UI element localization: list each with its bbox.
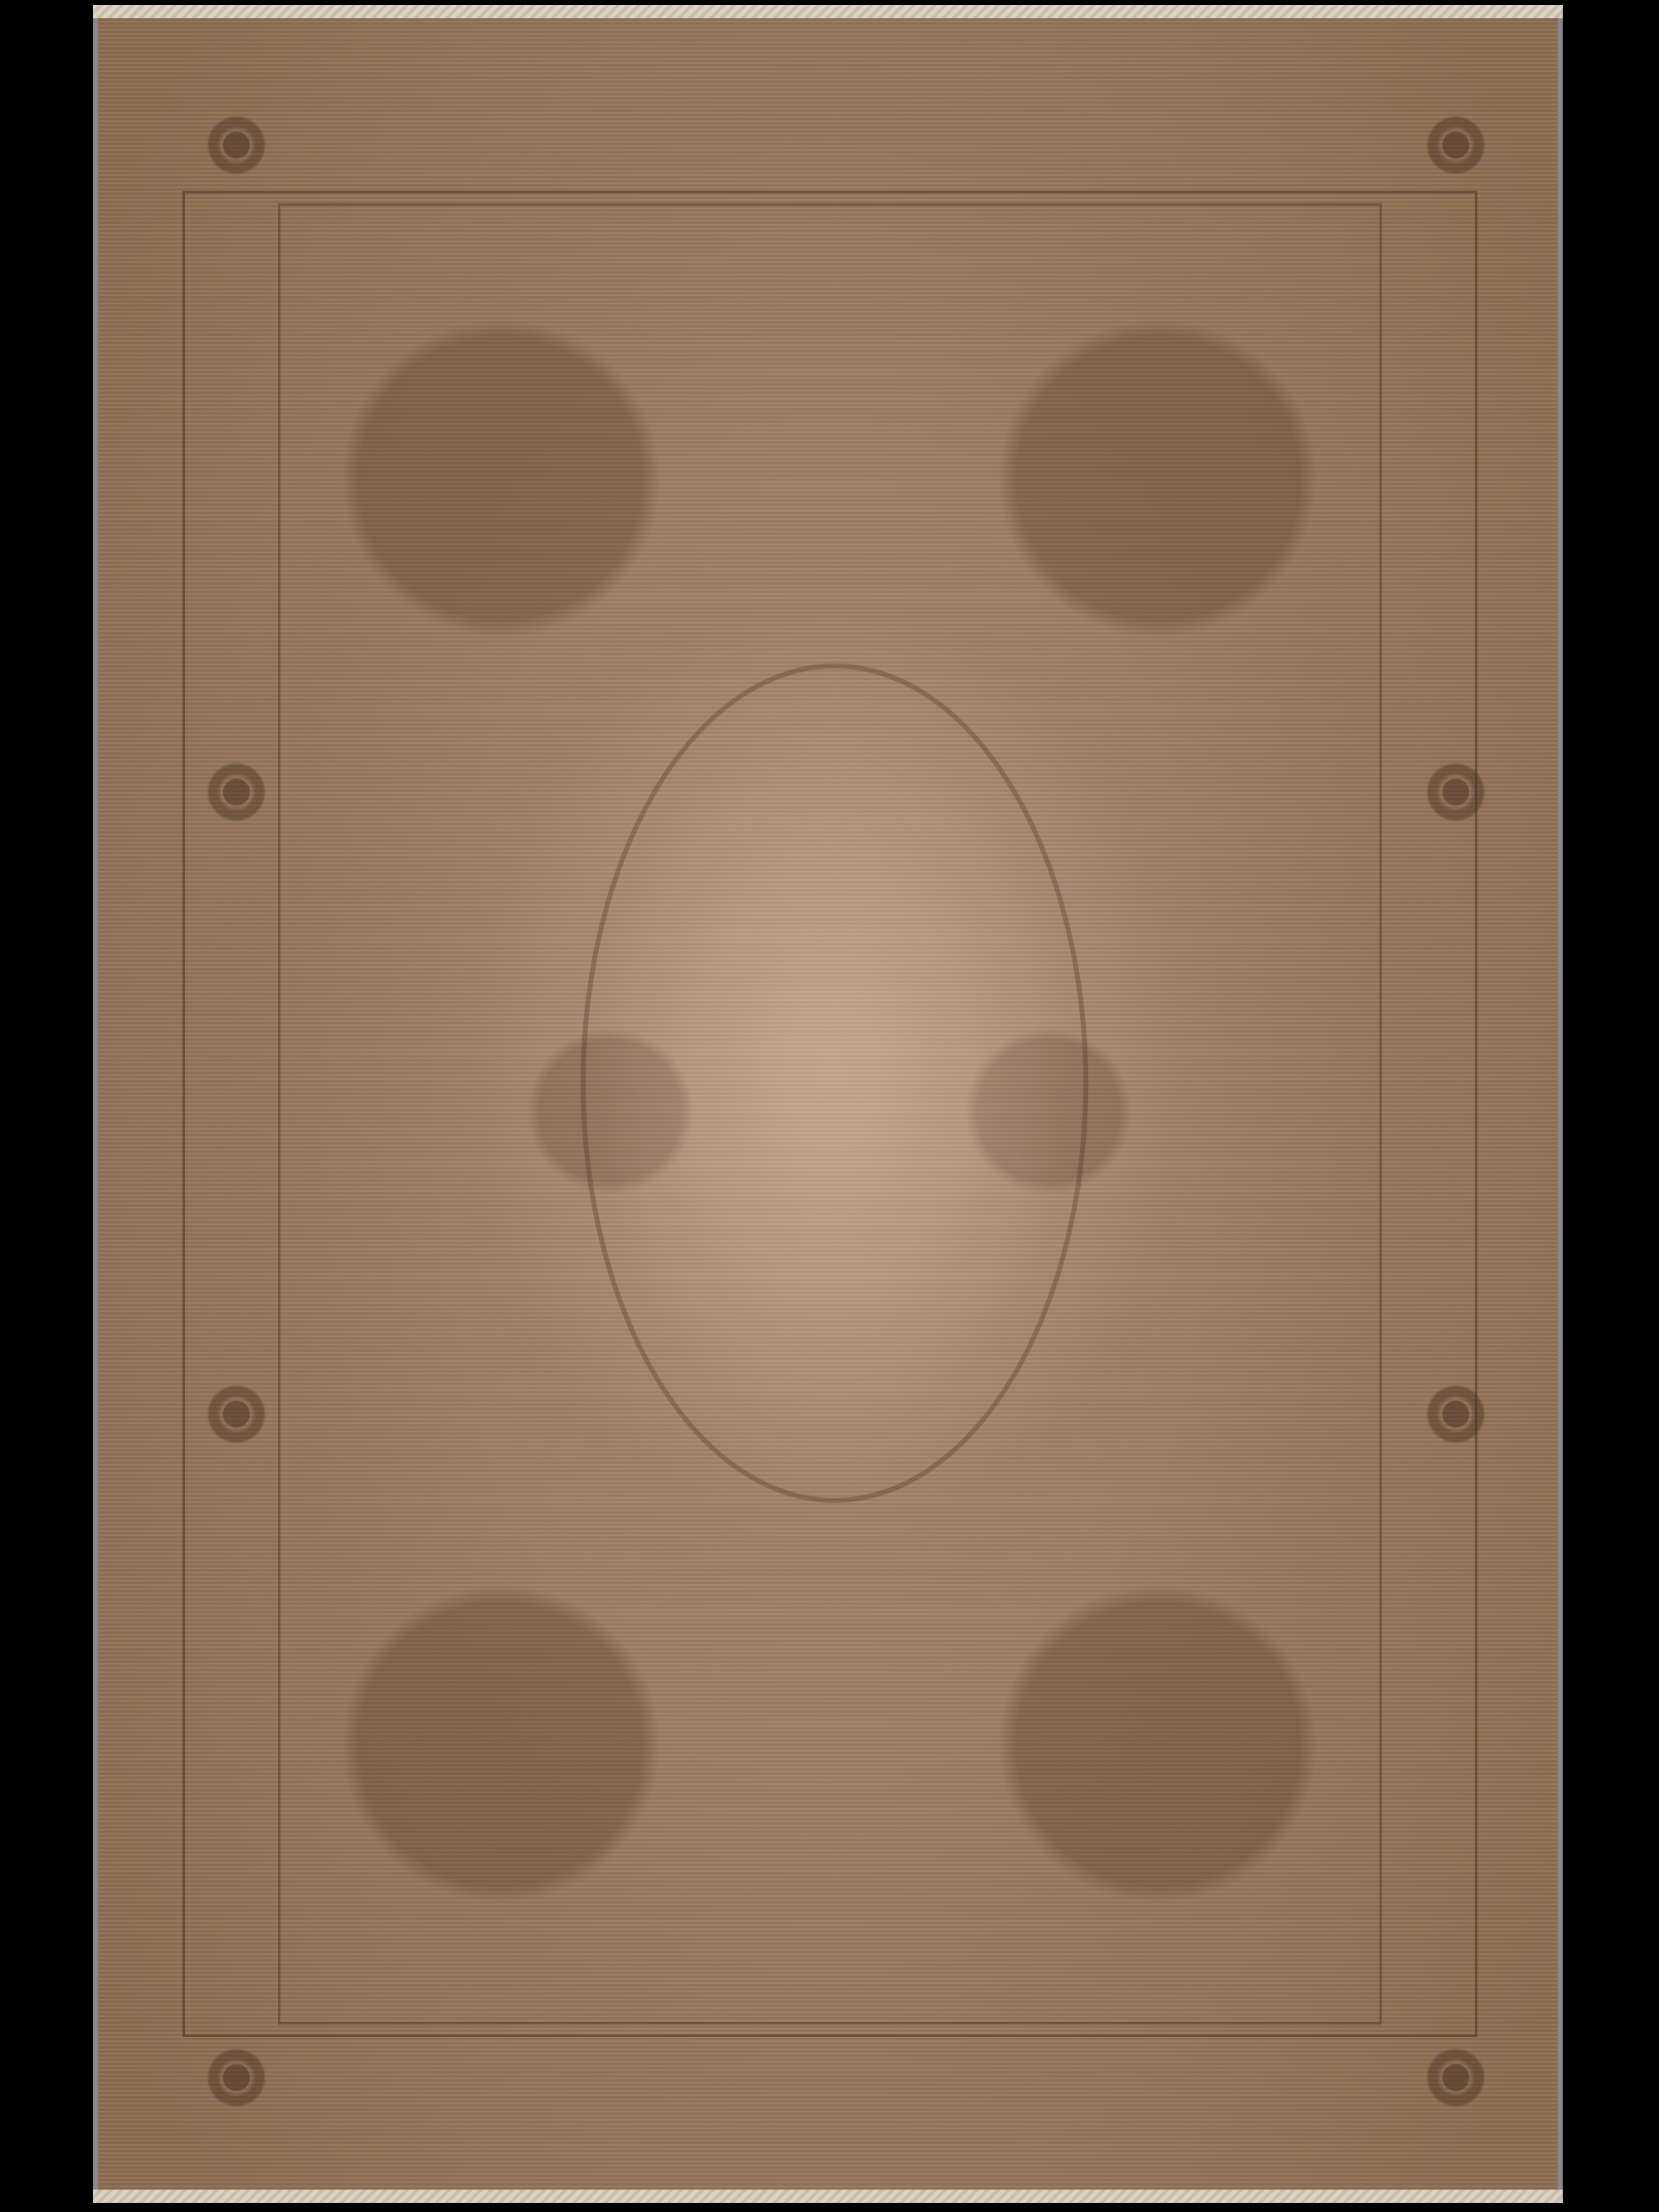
rug-border-motif	[1410, 746, 1501, 838]
rug-border-motif	[1410, 1369, 1501, 1460]
rug-border-motif	[191, 100, 282, 191]
rug-bottom-binding	[93, 2190, 1563, 2203]
rug-center-medallion	[581, 664, 1088, 1503]
rug-top-binding	[93, 5, 1563, 18]
rug-border-motif	[1410, 100, 1501, 191]
rug-border-motif	[1410, 2032, 1501, 2123]
rug-border-motif	[191, 2032, 282, 2123]
rug-border-motif	[191, 746, 282, 838]
rug-border-motif	[191, 1369, 282, 1460]
